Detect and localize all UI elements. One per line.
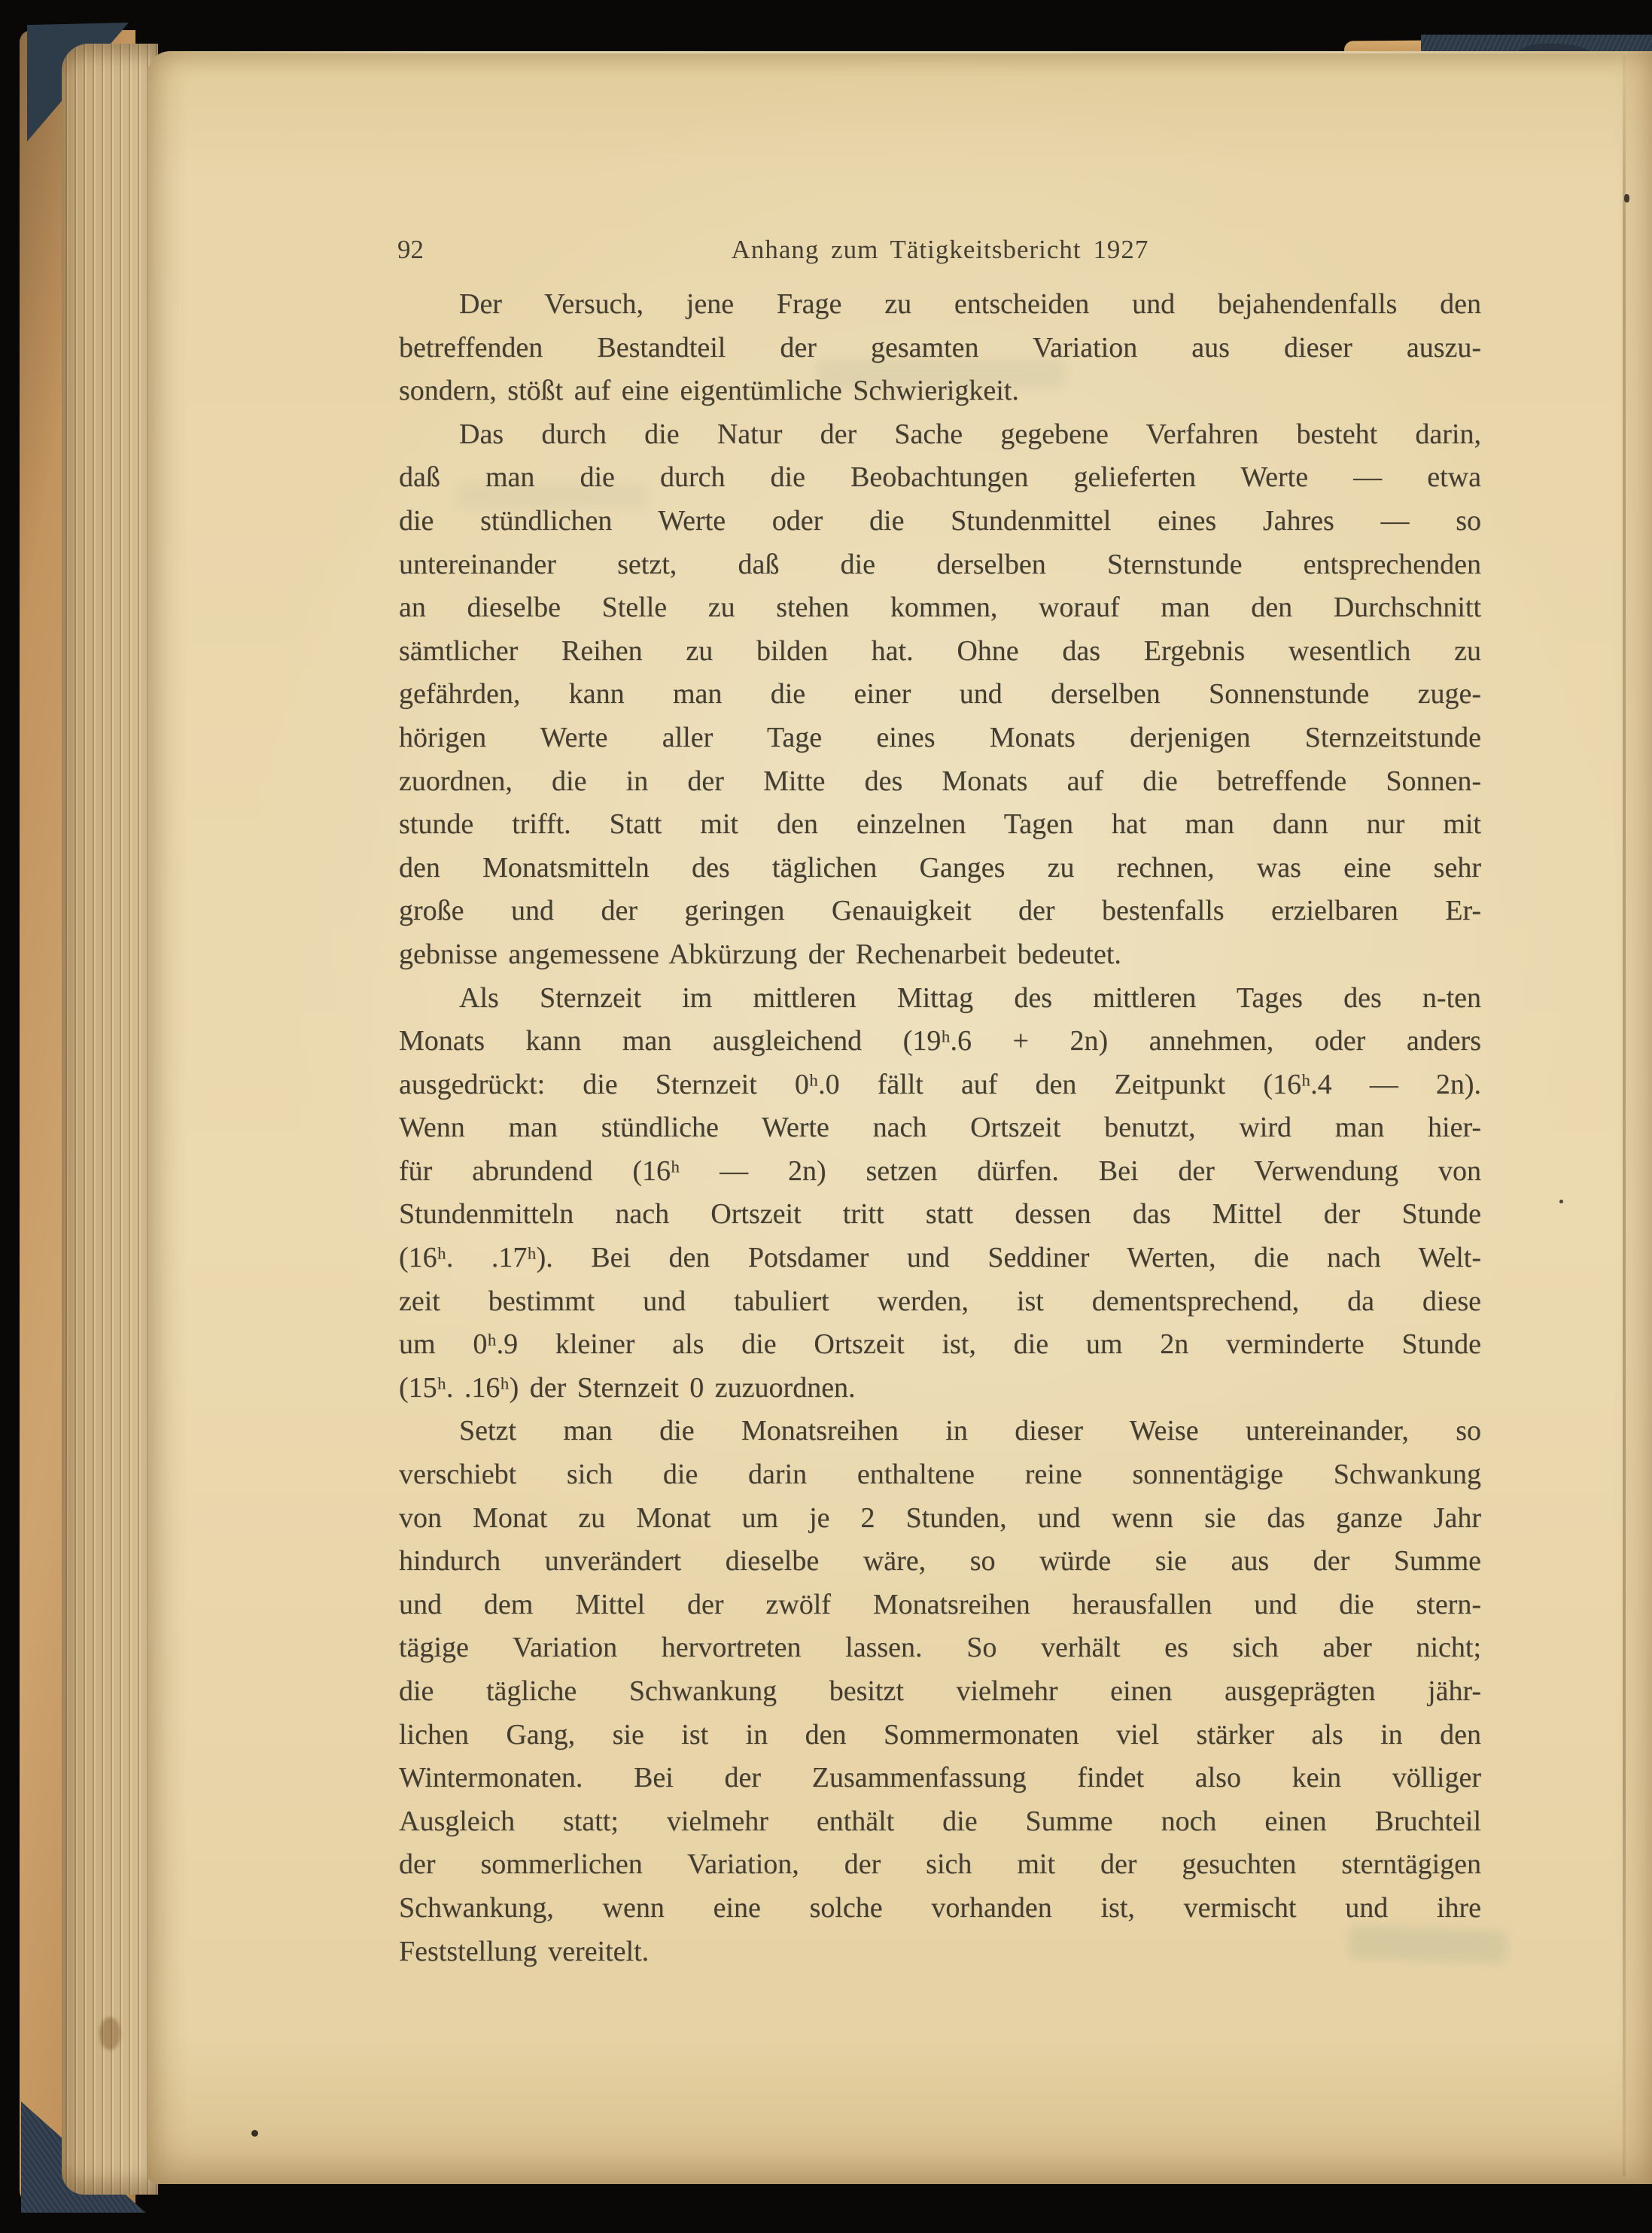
text-line: daß man die durch die Beobachtungen geli… [399,456,1481,500]
text-line: Setzt man die Monatsreihen in dieser Wei… [399,1410,1481,1453]
text-line: um 0ʰ.9 kleiner als die Ortszeit ist, di… [399,1323,1481,1367]
paragraph: Das durch die Natur der Sache gegebene V… [399,413,1481,977]
text-line: an dieselbe Stelle zu stehen kommen, wor… [399,586,1481,630]
text-line: Stundenmitteln nach Ortszeit tritt statt… [399,1193,1481,1237]
text-line: gebnisse angemessene Abkürzung der Reche… [399,933,1481,977]
text-line: Wenn man stündliche Werte nach Ortszeit … [399,1106,1481,1150]
running-header: Anhang zum Tätigkeitsbericht 1927 [399,233,1481,266]
text-line: sondern, stößt auf eine eigentümliche Sc… [399,370,1481,413]
text-line: stunde trifft. Statt mit den einzelnen T… [399,803,1481,847]
text-line: Das durch die Natur der Sache gegebene V… [399,413,1481,457]
book-scan: { "page": { "number": "92", "running_hea… [0,0,1652,2233]
text-line: von Monat zu Monat um je 2 Stunden, und … [399,1497,1481,1541]
text-line: den Monatsmitteln des täglichen Ganges z… [399,847,1481,890]
text-line: ausgedrückt: die Sternzeit 0ʰ.0 fällt au… [399,1063,1481,1107]
text-line: Als Sternzeit im mittleren Mittag des mi… [399,977,1481,1021]
text-line: Der Versuch, jene Frage zu entscheiden u… [399,283,1481,327]
text-line: Wintermonaten. Bei der Zusammenfassung f… [399,1757,1481,1800]
text-line: sämtlicher Reihen zu bilden hat. Ohne da… [399,630,1481,674]
text-line: gefährden, kann man die einer und dersel… [399,673,1481,716]
text-line: lichen Gang, sie ist in den Sommermonate… [399,1714,1481,1757]
page-edge-stack [62,44,158,2195]
text-line: die tägliche Schwankung besitzt vielmehr… [399,1670,1481,1714]
paper-stain [99,2017,120,2050]
text-line: Schwankung, wenn eine solche vorhanden i… [399,1887,1481,1930]
text-line: Feststellung vereitelt. [399,1930,1481,1974]
text-line: und dem Mittel der zwölf Monatsreihen he… [399,1583,1481,1627]
text-line: Monats kann man ausgleichend (19ʰ.6 + 2n… [399,1020,1481,1063]
paragraph: Der Versuch, jene Frage zu entscheiden u… [399,283,1481,413]
ink-speck [1624,194,1629,202]
text-line: zeit bestimmt und tabuliert werden, ist … [399,1280,1481,1324]
ink-speck [251,2130,258,2137]
text-line: der sommerlichen Variation, der sich mit… [399,1843,1481,1887]
text-line: Ausgleich statt; vielmehr enthält die Su… [399,1800,1481,1844]
text-line: untereinander setzt, daß die derselben S… [399,543,1481,587]
text-line: hindurch unverändert dieselbe wäre, so w… [399,1540,1481,1583]
text-line: (16ʰ. .17ʰ). Bei den Potsdamer und Seddi… [399,1237,1481,1280]
page-body: Der Versuch, jene Frage zu entscheiden u… [399,283,1481,1973]
text-line: die stündlichen Werte oder die Stundenmi… [399,500,1481,543]
text-line: hörigen Werte aller Tage eines Monats de… [399,716,1481,760]
text-line: für abrundend (16ʰ — 2n) setzen dürfen. … [399,1150,1481,1194]
text-line: tägige Variation hervortreten lassen. So… [399,1626,1481,1670]
paragraph: Als Sternzeit im mittleren Mittag des mi… [399,977,1481,1410]
page-edge-shadow [1626,51,1652,2178]
text-line: betreffenden Bestandteil der gesamten Va… [399,327,1481,370]
ink-speck [1559,1200,1563,1203]
text-line: zuordnen, die in der Mitte des Monats au… [399,760,1481,804]
text-line: (15ʰ. .16ʰ) der Sternzeit 0 zuzuordnen. [399,1367,1481,1410]
paragraph: Setzt man die Monatsreihen in dieser Wei… [399,1410,1481,1973]
text-line: verschiebt sich die darin enthaltene rei… [399,1453,1481,1497]
text-line: große und der geringen Genauigkeit der b… [399,890,1481,933]
